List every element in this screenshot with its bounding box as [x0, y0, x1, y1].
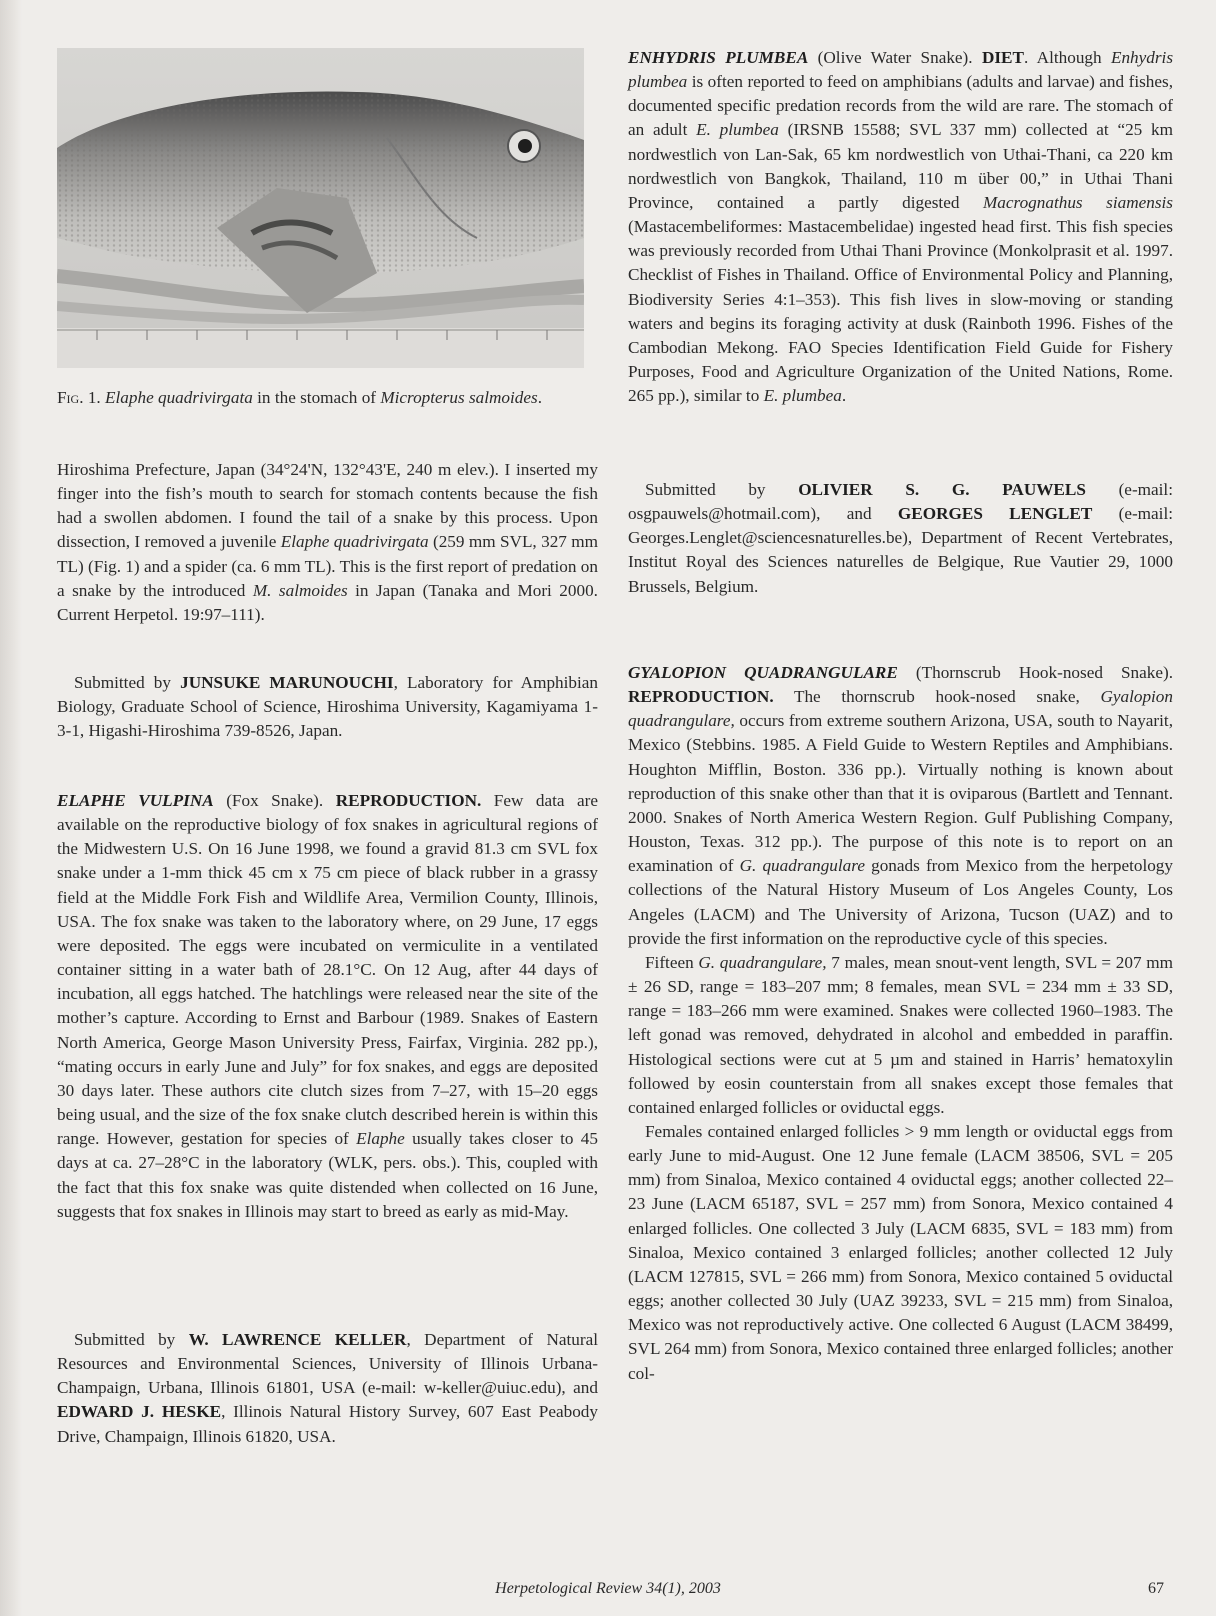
fish-photo-image — [57, 48, 584, 368]
paragraph: Fifteen G. quadrangulare, 7 males, mean … — [628, 951, 1173, 1120]
topic-heading: REPRODUCTION. — [628, 687, 774, 706]
page-number: 67 — [1148, 1580, 1164, 1598]
article-elaphe-vulpina: ELAPHE VULPINA (Fox Snake). REPRODUCTION… — [57, 789, 598, 1224]
page-gutter-shadow — [0, 0, 22, 1616]
species-heading: ENHYDRIS PLUMBEA — [628, 48, 808, 67]
paragraph: Females contained enlarged follicles > 9… — [628, 1120, 1173, 1386]
paragraph: GYALOPION QUADRANGULARE (Thornscrub Hook… — [628, 661, 1173, 951]
footer-journal-citation: Herpetological Review 34(1), 2003 — [0, 1580, 1216, 1598]
figure-1-photo — [57, 48, 584, 368]
topic-heading: REPRODUCTION. — [336, 791, 482, 810]
article1-continued: Hiroshima Prefecture, Japan (34°24'N, 13… — [57, 458, 598, 627]
species-heading: GYALOPION QUADRANGULARE — [628, 663, 898, 682]
paragraph: ELAPHE VULPINA (Fox Snake). REPRODUCTION… — [57, 789, 598, 1224]
figure-caption: Fig. 1. Elaphe quadrivirgata in the stom… — [57, 386, 598, 410]
topic-heading: DIET — [982, 48, 1024, 67]
caption-label: Fig. 1. — [57, 388, 101, 407]
author-name: JUNSUKE MARUNOUCHI — [180, 673, 393, 692]
caption-species: Elaphe quadrivirgata — [105, 388, 253, 407]
author-name: OLIVIER S. G. PAUWELS — [798, 480, 1086, 499]
author-name: W. LAWRENCE KELLER — [189, 1330, 407, 1349]
article1-submitted-by: Submitted by JUNSUKE MARUNOUCHI, Laborat… — [57, 671, 598, 743]
author-name: GEORGES LENGLET — [898, 504, 1092, 523]
species-heading: ELAPHE VULPINA — [57, 791, 214, 810]
author-name: EDWARD J. HESKE — [57, 1402, 221, 1421]
article-enhydris-plumbea: ENHYDRIS PLUMBEA (Olive Water Snake). DI… — [628, 46, 1173, 408]
article3-submitted-by: Submitted by OLIVIER S. G. PAUWELS (e-ma… — [628, 478, 1173, 599]
caption-species-2: Micropterus salmoides — [380, 388, 537, 407]
article2-submitted-by: Submitted by W. LAWRENCE KELLER, Departm… — [57, 1328, 598, 1449]
article-gyalopion-quadrangulare: GYALOPION QUADRANGULARE (Thornscrub Hook… — [628, 661, 1173, 1386]
paragraph: Hiroshima Prefecture, Japan (34°24'N, 13… — [57, 458, 598, 627]
paragraph: ENHYDRIS PLUMBEA (Olive Water Snake). DI… — [628, 46, 1173, 408]
